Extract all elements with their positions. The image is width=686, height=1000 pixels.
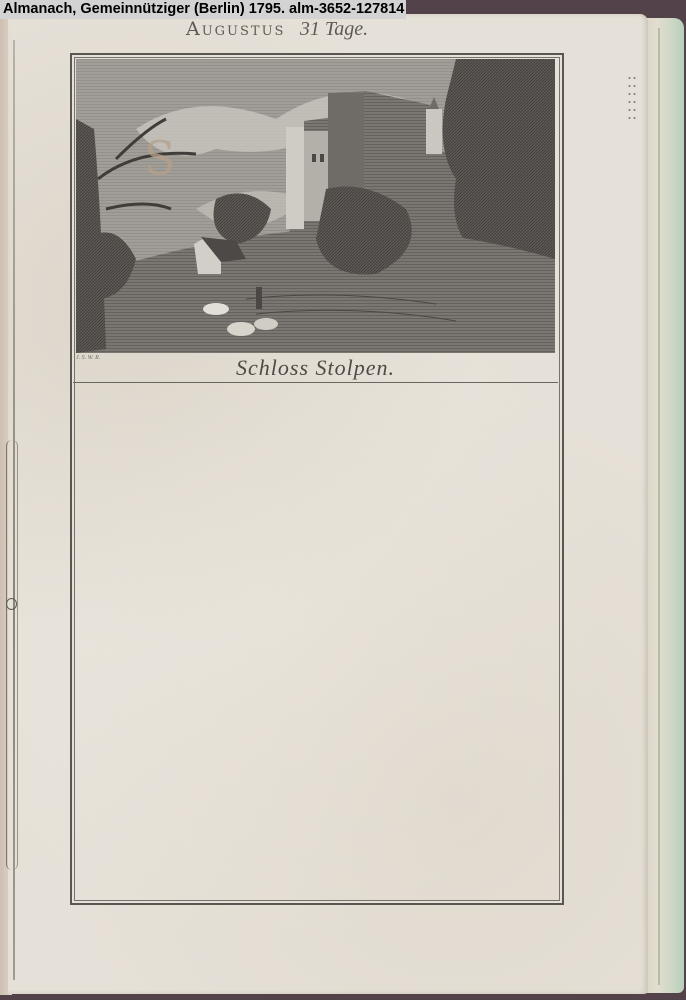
binding-thread — [6, 440, 18, 870]
caption-divider — [73, 382, 558, 383]
plate-caption: Schloss Stolpen. — [76, 353, 555, 383]
engraving-image: S — [76, 59, 555, 353]
catalog-label: Almanach, Gemeinnütziger (Berlin) 1795. … — [0, 0, 406, 19]
days-count: 31 Tage. — [300, 18, 368, 40]
margin-marks — [627, 74, 637, 124]
calendar-blank-area — [76, 386, 555, 894]
svg-text:S: S — [144, 131, 176, 185]
month-title: Augustus — [186, 18, 285, 40]
castle-engraving-icon: S — [76, 59, 555, 353]
running-head: Augustus 31 Tage. — [186, 18, 486, 48]
binding-thread-knot — [6, 598, 17, 610]
